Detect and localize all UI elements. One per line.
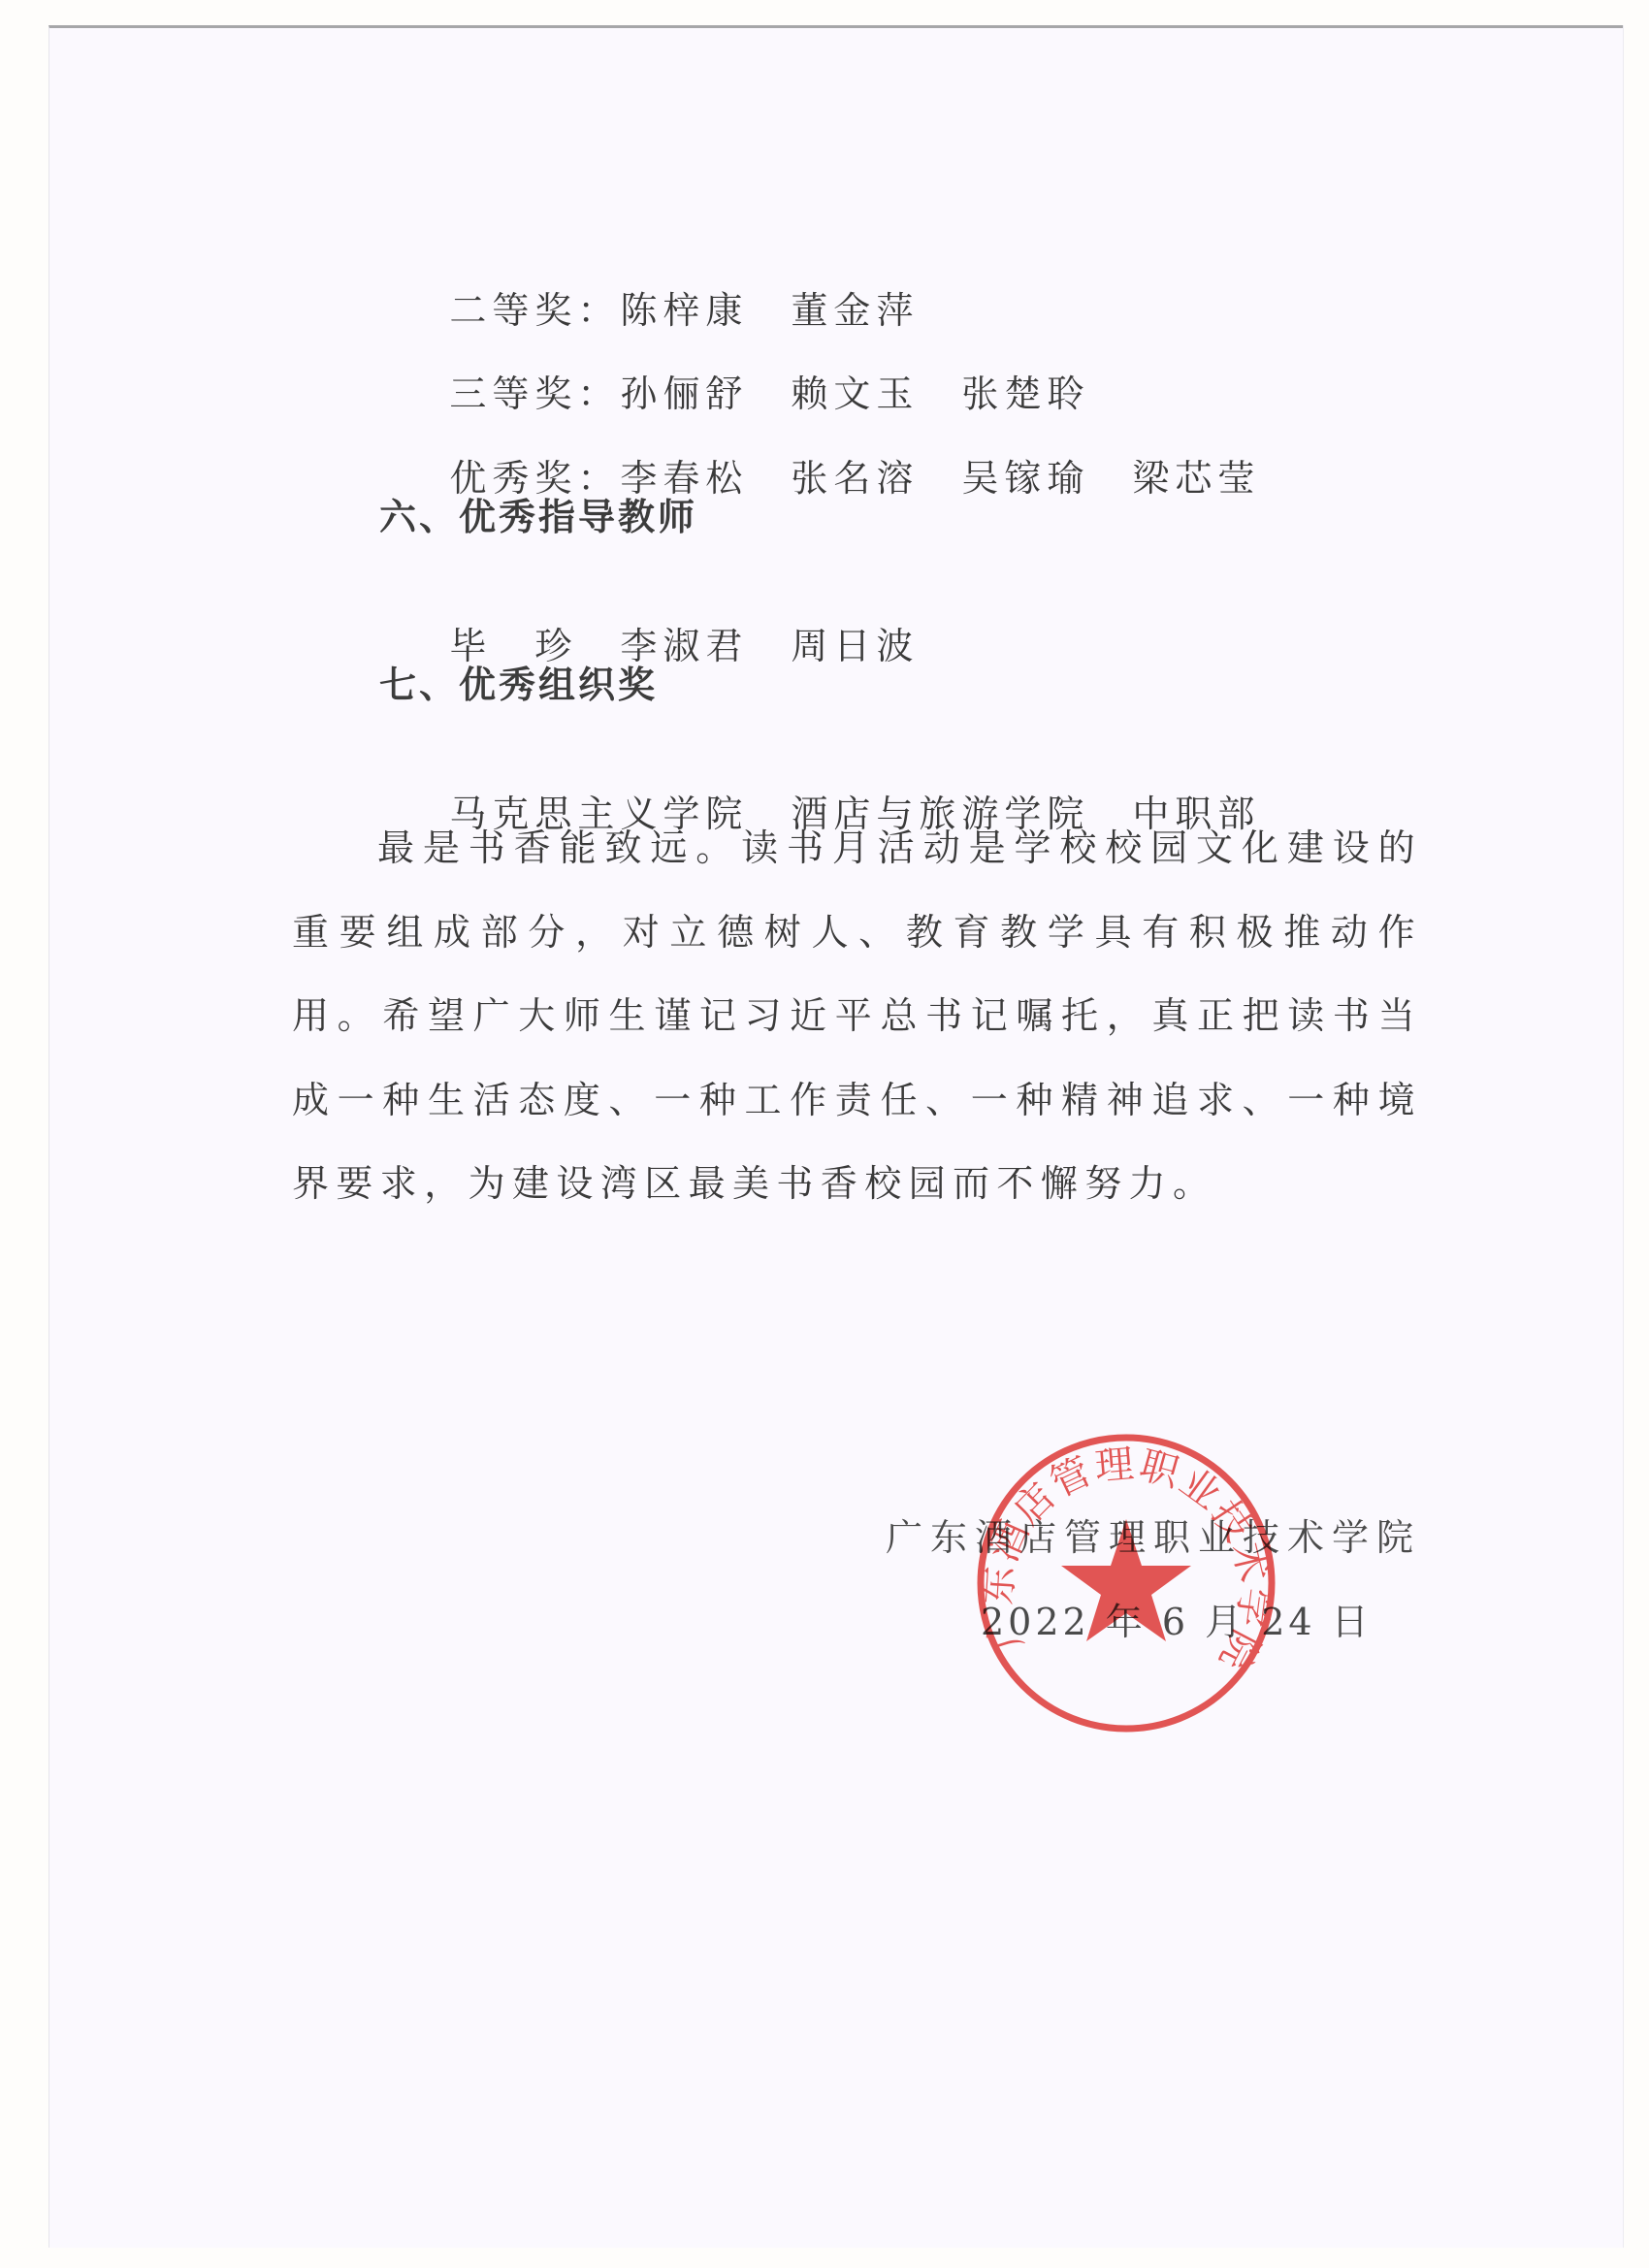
award-name: 李春松: [620, 457, 748, 500]
instructor-name: 周日波: [791, 625, 919, 667]
award-label: 三等奖：: [449, 373, 620, 415]
document-page: 二等奖：陈梓康董金萍 三等奖：孙俪舒赖文玉张楚聆 优秀奖：李春松张名溶吴镓瑜梁芯…: [48, 25, 1623, 2248]
award-name: 张楚聆: [961, 373, 1089, 415]
award-label: 优秀奖：: [449, 457, 620, 500]
instructor-name: 李淑君: [620, 625, 748, 667]
award-name: 孙俪舒: [620, 373, 748, 415]
award-name: 梁芯莹: [1132, 457, 1260, 500]
award-name: 张名溶: [791, 457, 919, 500]
award-name: 吴镓瑜: [961, 457, 1089, 500]
section-heading-organization: 七、优秀组织奖: [379, 663, 658, 707]
official-seal-icon: 广东酒店管理职业技术学院: [973, 1430, 1279, 1736]
award-name: 陈梓康: [620, 289, 748, 332]
closing-paragraph: 最是书香能致远。读书月活动是学校校园文化建设的重要组成部分，对立德树人、教育教学…: [292, 806, 1422, 1226]
section-heading-instructors: 六、优秀指导教师: [379, 495, 697, 539]
award-name: 董金萍: [791, 289, 919, 332]
award-label: 二等奖：: [449, 289, 620, 332]
instructor-name: 毕 珍: [449, 625, 577, 667]
award-name: 赖文玉: [791, 373, 919, 415]
